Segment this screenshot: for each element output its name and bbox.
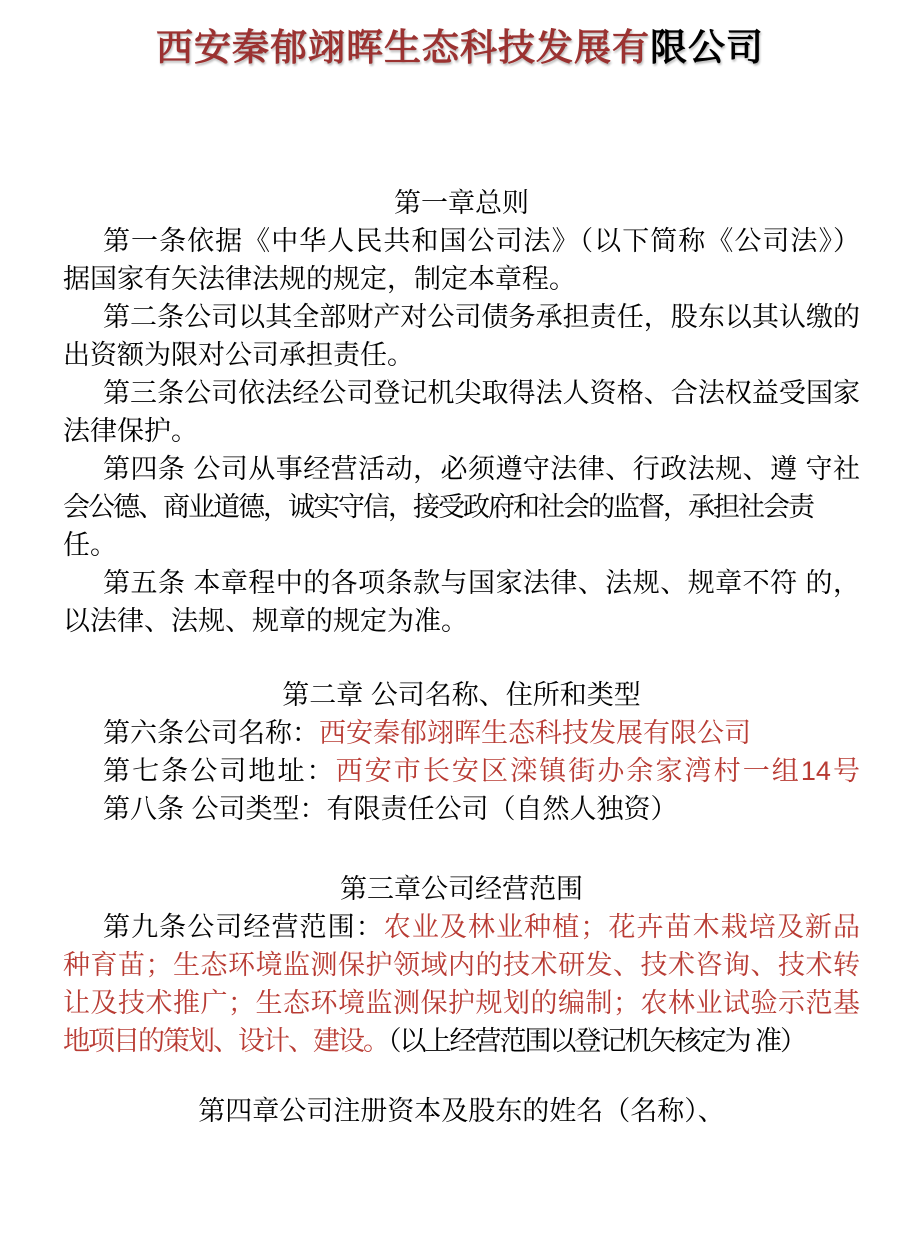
text-line: 地项目的策划、设计、建设。（以上经营范围以登记机矢核定为 准） bbox=[63, 1022, 860, 1060]
text-segment: 以法律、法规、规章的规定为准。 bbox=[63, 606, 468, 636]
text-line: 第五条 本章程中的各项条款与国家法律、法规、规章不符 的， bbox=[63, 564, 860, 602]
chapter-section-1: 第一章总则第一条依据《中华人民共和国公司法》（以下简称《公司法》）据国家有矢法律… bbox=[63, 184, 860, 640]
text-segment: 西安秦郁翊晖生态科技发展有限公司 bbox=[319, 718, 751, 748]
text-segment: 第五条 本章程中的各项条款与国家法律、法规、规章不符 的， bbox=[103, 568, 860, 598]
text-segment: 任。 bbox=[63, 530, 117, 560]
chapter-section-2: 第二章 公司名称、住所和类型第六条公司名称：西安秦郁翊晖生态科技发展有限公司第七… bbox=[63, 676, 860, 828]
text-line: 第一条依据《中华人民共和国公司法》（以下简称《公司法》） bbox=[63, 222, 860, 260]
text-segment: 第三条公司依法经公司登记机尖取得法人资格、合法权益受国家 bbox=[103, 378, 860, 408]
text-line: 让及技术推广；生态环境监测保护规划的编制；农林业试验示范基 bbox=[63, 984, 860, 1022]
text-segment: 第七条公司地址： bbox=[103, 756, 336, 786]
text-segment: 第九条公司经营范围： bbox=[103, 912, 384, 942]
chapter-heading: 第二章 公司名称、住所和类型 bbox=[63, 676, 860, 714]
chapter-heading: 第四章公司注册资本及股东的姓名（名称）、 bbox=[63, 1092, 860, 1130]
text-line: 法律保护。 bbox=[63, 412, 860, 450]
document-body: 第一章总则第一条依据《中华人民共和国公司法》（以下简称《公司法》）据国家有矢法律… bbox=[0, 184, 920, 1130]
chapter-heading: 第一章总则 bbox=[63, 184, 860, 222]
text-segment: 第四条 公司从事经营活动，必须遵守法律、行政法规、遵 守社 bbox=[103, 454, 860, 484]
text-line: 出资额为限对公司承担责任。 bbox=[63, 336, 860, 374]
text-segment: 第二条公司以其全部财产对公司债务承担责任，股东以其认缴的 bbox=[103, 302, 860, 332]
text-line: 任。 bbox=[63, 526, 860, 564]
document-page: 西安秦郁翊晖生态科技发展有限公司 第一章总则第一条依据《中华人民共和国公司法》（… bbox=[0, 0, 920, 1250]
chapter-heading: 第三章公司经营范围 bbox=[63, 870, 860, 908]
text-segment: 第六条公司名称： bbox=[103, 718, 319, 748]
text-segment: 会公德、商业道德，诚实守信，接受政府和社会的监督，承担社会责 bbox=[63, 492, 813, 522]
text-line: 第二条公司以其全部财产对公司债务承担责任，股东以其认缴的 bbox=[63, 298, 860, 336]
text-segment: 法律保护。 bbox=[63, 416, 198, 446]
text-line: 种育苗；生态环境监测保护领域内的技术研发、技术咨询、技术转 bbox=[63, 946, 860, 984]
text-line: 第七条公司地址：西安市长安区滦镇街办余家湾村一组14号 bbox=[63, 752, 860, 790]
text-segment: 限公司 bbox=[650, 27, 764, 68]
text-segment: 西安秦郁翊晖生态科技发展有 bbox=[156, 27, 650, 68]
text-segment: 西安市长安区滦镇街办余家湾村一组14号 bbox=[336, 756, 860, 786]
chapter-section-4: 第四章公司注册资本及股东的姓名（名称）、 bbox=[63, 1092, 860, 1130]
text-segment: 农业及林业种植；花卉苗木栽培及新品 bbox=[384, 912, 860, 942]
text-segment: 地项目的策划、设计、建设。 bbox=[63, 1026, 388, 1056]
text-segment: 据国家有矢法律法规的规定，制定本章程。 bbox=[63, 264, 576, 294]
text-line: 第八条 公司类型：有限责任公司（自然人独资） bbox=[63, 790, 860, 828]
chapter-section-3: 第三章公司经营范围第九条公司经营范围：农业及林业种植；花卉苗木栽培及新品种育苗；… bbox=[63, 870, 860, 1060]
text-segment: 种育苗；生态环境监测保护领域内的技术研发、技术咨询、技术转 bbox=[63, 950, 860, 980]
text-line: 第九条公司经营范围：农业及林业种植；花卉苗木栽培及新品 bbox=[63, 908, 860, 946]
text-segment: 出资额为限对公司承担责任。 bbox=[63, 340, 414, 370]
text-line: 第四条 公司从事经营活动，必须遵守法律、行政法规、遵 守社 bbox=[63, 450, 860, 488]
text-line: 第六条公司名称：西安秦郁翊晖生态科技发展有限公司 bbox=[63, 714, 860, 752]
company-title: 西安秦郁翊晖生态科技发展有限公司 bbox=[0, 0, 920, 72]
text-line: 据国家有矢法律法规的规定，制定本章程。 bbox=[63, 260, 860, 298]
text-line: 以法律、法规、规章的规定为准。 bbox=[63, 602, 860, 640]
text-segment: 第八条 公司类型：有限责任公司（自然人独资） bbox=[103, 794, 678, 824]
text-line: 会公德、商业道德，诚实守信，接受政府和社会的监督，承担社会责 bbox=[63, 488, 860, 526]
text-segment: 第一条依据《中华人民共和国公司法》（以下简称《公司法》） bbox=[103, 226, 860, 256]
text-segment: 让及技术推广；生态环境监测保护规划的编制；农林业试验示范基 bbox=[63, 988, 860, 1018]
text-segment: （以上经营范围以登记机矢核定为 准） bbox=[388, 1026, 805, 1056]
text-line: 第三条公司依法经公司登记机尖取得法人资格、合法权益受国家 bbox=[63, 374, 860, 412]
